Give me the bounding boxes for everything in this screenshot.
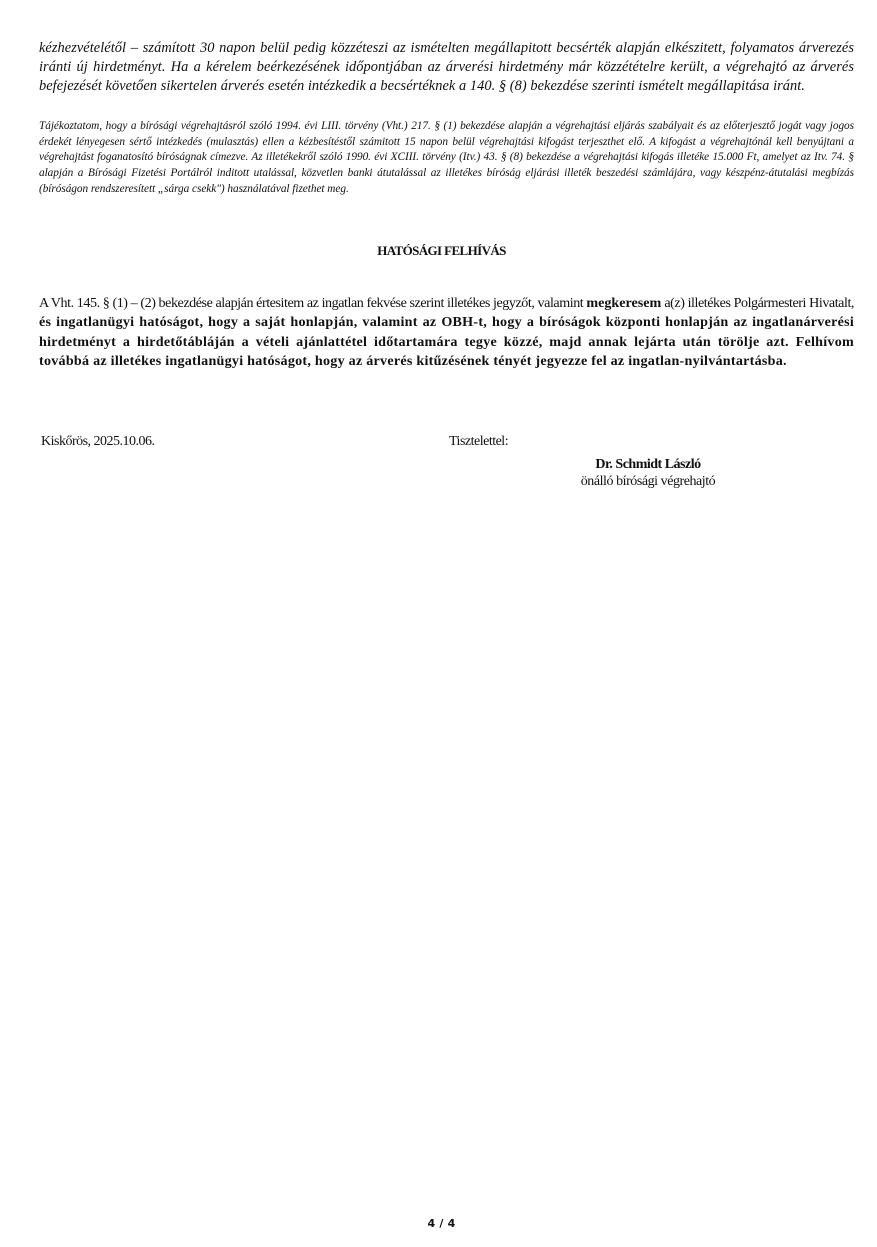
closing-greeting: Tisztelettel:: [449, 434, 508, 450]
authority-request-paragraph: A Vht. 145. § (1) – (2) bekezdése alapjá…: [39, 294, 854, 371]
continued-paragraph: kézhezvételétől – számított 30 napon bel…: [39, 39, 854, 95]
legal-remedy-notice: Tájékoztatom, hogy a bírósági végrehajtá…: [39, 119, 854, 197]
signatory-name: Dr. Schmidt László: [548, 456, 748, 473]
signature-block: Dr. Schmidt László önálló bírósági végre…: [548, 456, 748, 490]
request-instructions-text: és ingatlanügyi hatóságot, hogy a saját …: [39, 314, 854, 368]
document-page: kézhezvételétől – számított 30 napon bel…: [0, 0, 877, 1247]
page-indicator: 4 / 4: [0, 1217, 877, 1230]
place-and-date: Kiskőrös, 2025.10.06.: [41, 434, 155, 450]
signatory-title: önálló bírósági végrehajtó: [548, 473, 748, 490]
request-addressee-text: a(z) illetékes Polgármesteri Hivatalt,: [661, 295, 854, 311]
request-intro-text: A Vht. 145. § (1) – (2) bekezdése alapjá…: [39, 295, 586, 311]
request-keyword: megkeresem: [586, 295, 661, 311]
section-heading: HATÓSÁGI FELHÍVÁS: [0, 243, 877, 259]
